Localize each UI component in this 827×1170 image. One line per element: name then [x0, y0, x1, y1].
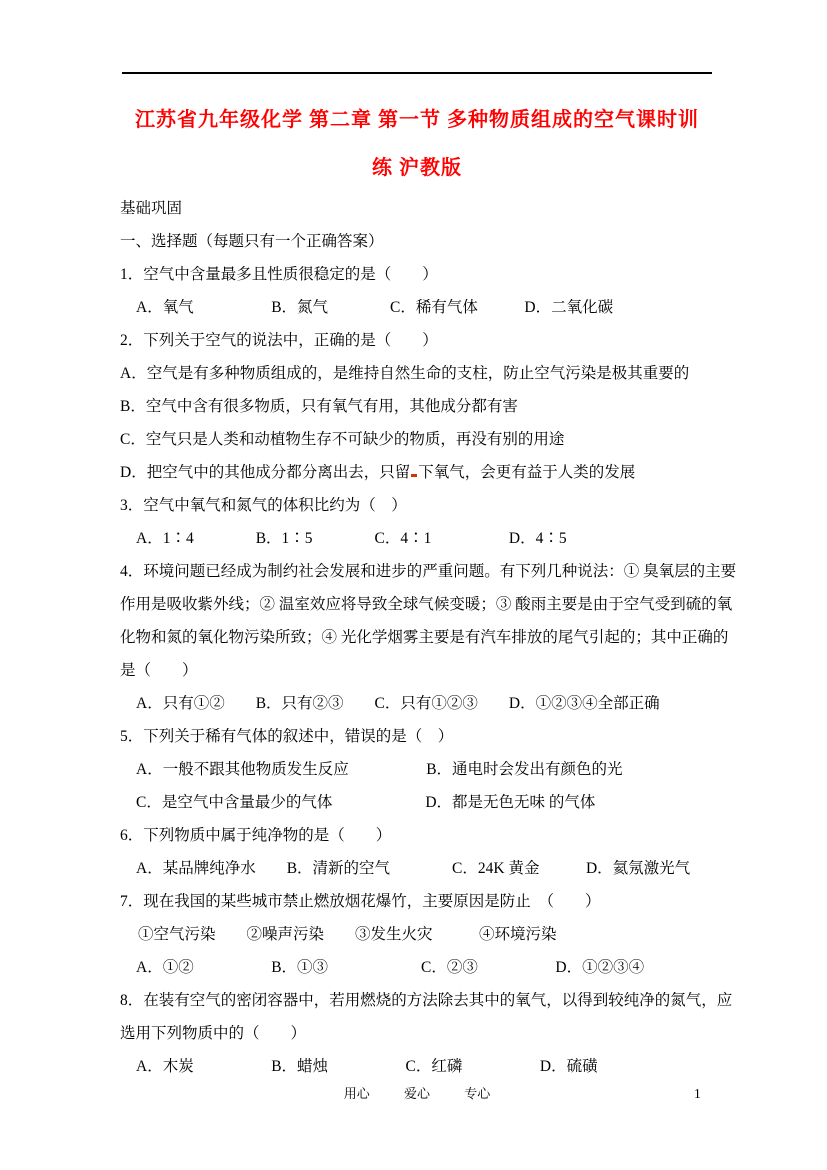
- text-run: A．某品牌纯净水 B．清新的空气 C．24K 黄金 D．氦氖激光气: [136, 860, 690, 877]
- body-line: 7．现在我国的某些城市禁止燃放烟花爆竹，主要原因是防止 （ ）: [120, 885, 714, 918]
- title-line-2: 练 沪教版: [120, 144, 714, 192]
- body-line: 1．空气中含量最多且性质很稳定的是（ ）: [120, 258, 714, 291]
- body-line: 8．在装有空气的密闭容器中，若用燃烧的方法除去其中的氧气，以得到较纯净的氮气，应: [120, 984, 714, 1017]
- text-run: ①空气污染 ②噪声污染 ③发生火灾 ④环境污染: [138, 926, 557, 943]
- body-line: 5．下列关于稀有气体的叙述中，错误的是（ ）: [120, 720, 714, 753]
- body-line: C．空气只是人类和动植物生存不可缺少的物质，再没有别的用途: [120, 423, 714, 456]
- text-run: 是（ ）: [120, 662, 198, 679]
- body-line: A．1∶4 B．1∶5 C．4∶1 D．4∶5: [120, 522, 714, 555]
- document-title: 江苏省九年级化学 第二章 第一节 多种物质组成的空气课时训 练 沪教版: [120, 96, 714, 192]
- text-run: 5．下列关于稀有气体的叙述中，错误的是（ ）: [120, 728, 453, 745]
- text-run: A．①② B．①③ C．②③ D．①②③④: [136, 959, 644, 976]
- body-line: 是（ ）: [120, 654, 714, 687]
- body-line: 6．下列物质中属于纯净物的是（ ）: [120, 819, 714, 852]
- text-run: 选用下列物质中的（ ）: [120, 1025, 306, 1042]
- body-line: 一、选择题（每题只有一个正确答案）: [120, 225, 714, 258]
- body-line: A．某品牌纯净水 B．清新的空气 C．24K 黄金 D．氦氖激光气: [120, 852, 714, 885]
- body-line: A．一般不跟其他物质发生反应 B．通电时会发出有颜色的光: [120, 753, 714, 786]
- text-run: 1．空气中含量最多且性质很稳定的是（ ）: [120, 266, 438, 283]
- document-content: 江苏省九年级化学 第二章 第一节 多种物质组成的空气课时训 练 沪教版 基础巩固…: [120, 96, 714, 1083]
- text-run: 2．下列关于空气的说法中，正确的是（ ）: [120, 332, 438, 349]
- title-line-1: 江苏省九年级化学 第二章 第一节 多种物质组成的空气课时训: [120, 96, 714, 144]
- body-line: A．只有①② B．只有②③ C．只有①②③ D．①②③④全部正确: [120, 687, 714, 720]
- footer-motto-1: 用心: [344, 1085, 370, 1103]
- text-run: C．是空气中含量最少的气体 D．都是无色无味 的气体: [136, 794, 595, 811]
- text-run: 4．环境问题已经成为制约社会发展和进步的严重问题。有下列几种说法：① 臭氧层的主…: [120, 563, 736, 580]
- body-line: C．是空气中含量最少的气体 D．都是无色无味 的气体: [120, 786, 714, 819]
- text-run: A．木炭 B．蜡烛 C．红磷 D．硫磺: [136, 1058, 598, 1075]
- page-footer: 用心 爱心 专心: [120, 1085, 714, 1103]
- body-line: A．氧气 B．氮气 C．稀有气体 D．二氧化碳: [120, 291, 714, 324]
- body-line: D．把空气中的其他成分都分离出去，只留下氧气，会更有益于人类的发展: [120, 456, 714, 489]
- header-rule: [122, 72, 712, 74]
- text-run: 化物和氮的氧化物污染所致；④ 光化学烟雾主要是有汽车排放的尾气引起的；其中正确的: [120, 629, 728, 646]
- page-number: 1: [694, 1085, 701, 1103]
- document-body: 基础巩固一、选择题（每题只有一个正确答案）1．空气中含量最多且性质很稳定的是（ …: [120, 192, 714, 1083]
- text-run: A．1∶4 B．1∶5 C．4∶1 D．4∶5: [136, 530, 567, 547]
- text-run: A．只有①② B．只有②③ C．只有①②③ D．①②③④全部正确: [136, 695, 660, 712]
- body-line: 3．空气中氧气和氮气的体积比约为（ ）: [120, 489, 714, 522]
- text-run: 7．现在我国的某些城市禁止燃放烟花爆竹，主要原因是防止 （ ）: [120, 893, 601, 910]
- body-line: ①空气污染 ②噪声污染 ③发生火灾 ④环境污染: [120, 918, 714, 951]
- footer-motto-3: 专心: [464, 1085, 490, 1103]
- document-page: 江苏省九年级化学 第二章 第一节 多种物质组成的空气课时训 练 沪教版 基础巩固…: [0, 0, 827, 1170]
- text-run: B．空气中含有很多物质，只有氧气有用，其他成分都有害: [120, 398, 518, 415]
- text-run: 3．空气中氧气和氮气的体积比约为（ ）: [120, 497, 407, 514]
- text-run: 一、选择题（每题只有一个正确答案）: [120, 233, 384, 250]
- footer-motto-2: 爱心: [404, 1085, 430, 1103]
- text-run: 下氧气，会更有益于人类的发展: [418, 464, 635, 481]
- body-line: 化物和氮的氧化物污染所致；④ 光化学烟雾主要是有汽车排放的尾气引起的；其中正确的: [120, 621, 714, 654]
- text-run: C．空气只是人类和动植物生存不可缺少的物质，再没有别的用途: [120, 431, 564, 448]
- body-line: 基础巩固: [120, 192, 714, 225]
- text-run: A．一般不跟其他物质发生反应 B．通电时会发出有颜色的光: [136, 761, 623, 778]
- body-line: A．木炭 B．蜡烛 C．红磷 D．硫磺: [120, 1050, 714, 1083]
- spell-check-mark: [411, 474, 417, 477]
- body-line: A．空气是有多种物质组成的，是维持自然生命的支柱，防止空气污染是极其重要的: [120, 357, 714, 390]
- text-run: 6．下列物质中属于纯净物的是（ ）: [120, 827, 391, 844]
- text-run: 基础巩固: [120, 200, 182, 217]
- body-line: 4．环境问题已经成为制约社会发展和进步的严重问题。有下列几种说法：① 臭氧层的主…: [120, 555, 714, 588]
- body-line: A．①② B．①③ C．②③ D．①②③④: [120, 951, 714, 984]
- body-line: 选用下列物质中的（ ）: [120, 1017, 714, 1050]
- text-run: A．氧气 B．氮气 C．稀有气体 D．二氧化碳: [136, 299, 613, 316]
- text-run: 8．在装有空气的密闭容器中，若用燃烧的方法除去其中的氧气，以得到较纯净的氮气，应: [120, 992, 732, 1009]
- text-run: A．空气是有多种物质组成的，是维持自然生命的支柱，防止空气污染是极其重要的: [120, 365, 689, 382]
- body-line: 2．下列关于空气的说法中，正确的是（ ）: [120, 324, 714, 357]
- text-run: 作用是吸收紫外线；② 温室效应将导致全球气候变暖；③ 酸雨主要是由于空气受到硫的…: [120, 596, 732, 613]
- body-line: 作用是吸收紫外线；② 温室效应将导致全球气候变暖；③ 酸雨主要是由于空气受到硫的…: [120, 588, 714, 621]
- body-line: B．空气中含有很多物质，只有氧气有用，其他成分都有害: [120, 390, 714, 423]
- text-run: D．把空气中的其他成分都分离出去，只留: [120, 464, 410, 481]
